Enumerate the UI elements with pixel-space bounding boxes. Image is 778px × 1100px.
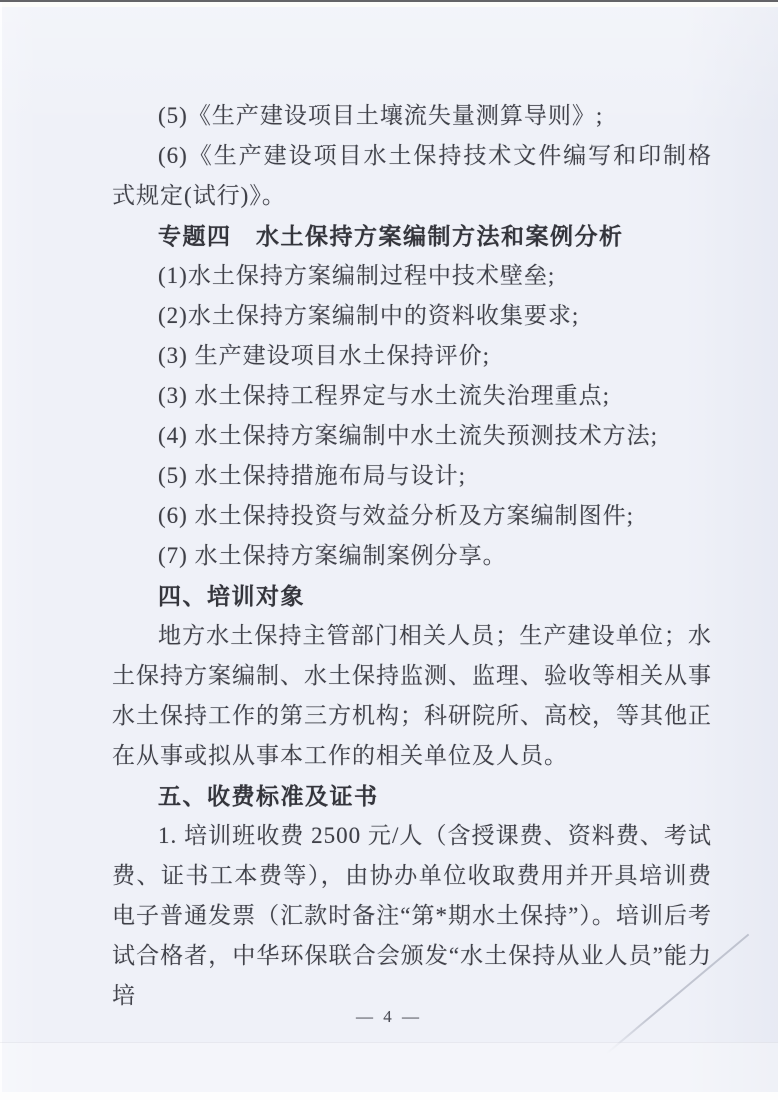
section-heading-fees: 五、收费标准及证书 xyxy=(112,776,712,816)
scan-bottom-white-strip xyxy=(0,1092,778,1100)
document-content: (5)《生产建设项目土壤流失量测算导则》; (6)《生产建设项目水土保持技术文件… xyxy=(0,0,778,1016)
paragraph-trainees: 地方水土保持主管部门相关人员；生产建设单位；水土保持方案编制、水土保持监测、监理… xyxy=(112,616,712,776)
paragraph-regulation-6: (6)《生产建设项目水土保持技术文件编写和印制格式规定(试行)》。 xyxy=(112,136,712,216)
list-item-5: (5) 水土保持措施布局与设计; xyxy=(112,456,712,496)
scan-bottom-band xyxy=(0,1042,778,1092)
list-item-3b: (3) 水土保持工程界定与水土流失治理重点; xyxy=(112,376,712,416)
list-item-4: (4) 水土保持方案编制中水土流失预测技术方法; xyxy=(112,416,712,456)
list-item-7: (7) 水土保持方案编制案例分享。 xyxy=(112,536,712,576)
section-heading-topic-4: 专题四 水土保持方案编制方法和案例分析 xyxy=(112,216,712,256)
section-heading-trainees: 四、培训对象 xyxy=(112,576,712,616)
page-number: — 4 — xyxy=(0,1005,778,1029)
paragraph-fees: 1. 培训班收费 2500 元/人（含授课费、资料费、考试费、证书工本费等），由… xyxy=(112,816,712,1016)
scanned-page: (5)《生产建设项目土壤流失量测算导则》; (6)《生产建设项目水土保持技术文件… xyxy=(0,0,778,1100)
paragraph-regulation-5: (5)《生产建设项目土壤流失量测算导则》; xyxy=(112,96,712,136)
list-item-2: (2)水土保持方案编制中的资料收集要求; xyxy=(112,296,712,336)
list-item-3a: (3) 生产建设项目水土保持评价; xyxy=(112,336,712,376)
list-item-6: (6) 水土保持投资与效益分析及方案编制图件; xyxy=(112,496,712,536)
list-item-1: (1)水土保持方案编制过程中技术壁垒; xyxy=(112,256,712,296)
